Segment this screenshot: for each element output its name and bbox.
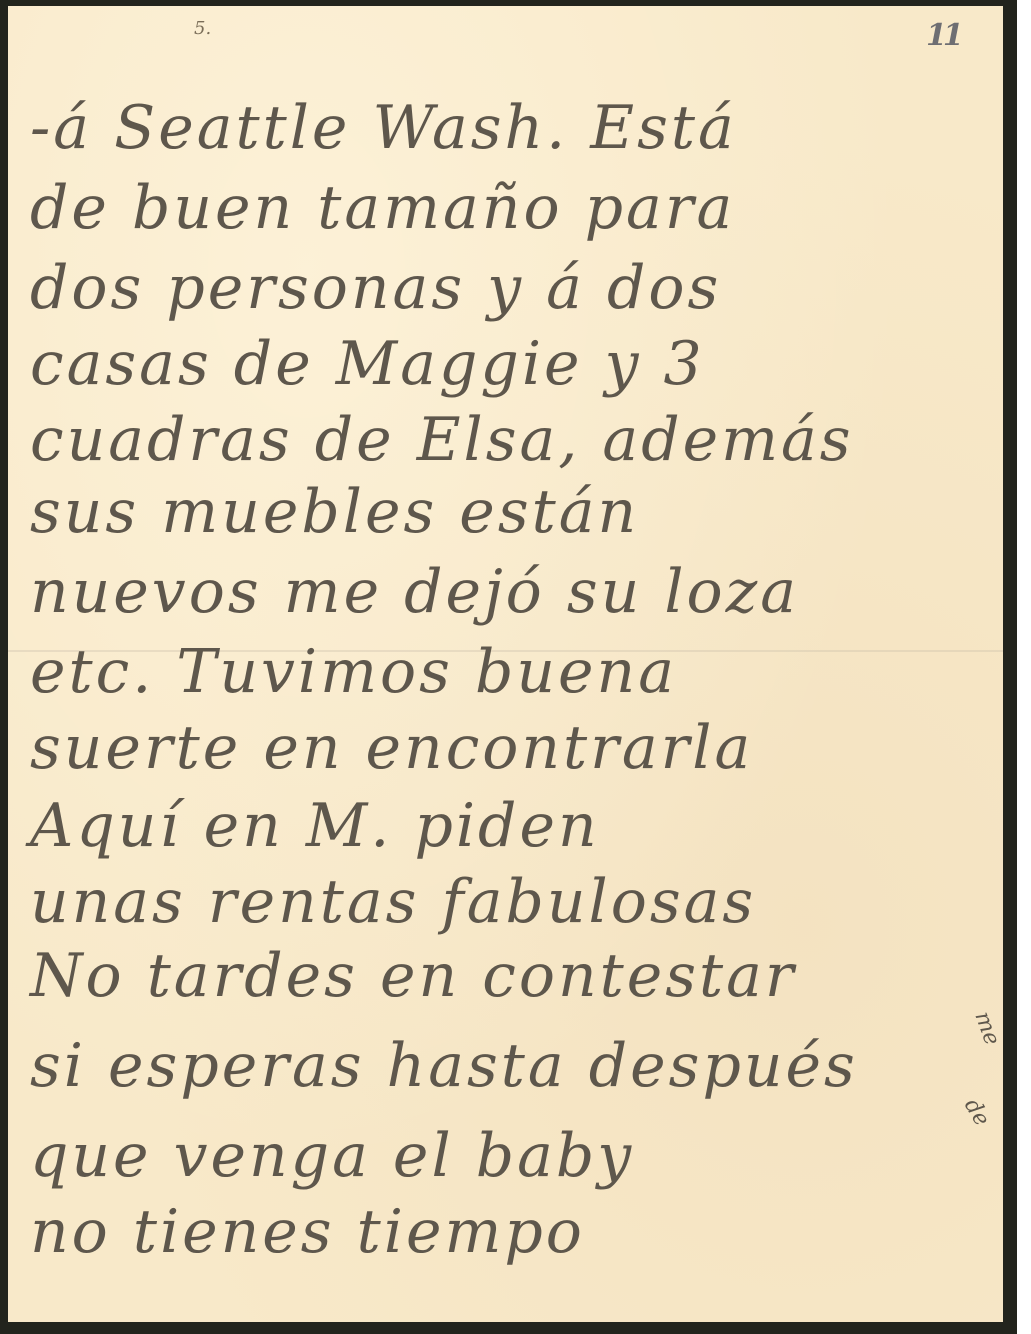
letter-line: dos personas y á dos <box>30 258 721 318</box>
letter-line: cuadras de Elsa, además <box>30 410 854 470</box>
letter-line: sus muebles están <box>30 482 639 542</box>
letter-paper: 5. 11 -á Seattle Wash. Está de buen tama… <box>8 6 1003 1322</box>
document-border: 5. 11 -á Seattle Wash. Está de buen tama… <box>0 0 1017 1334</box>
letter-line: suerte en encontrarla <box>30 718 753 778</box>
letter-line: unas rentas fabulosas <box>30 872 756 932</box>
margin-note: de <box>959 1095 994 1131</box>
letter-line: si esperas hasta después <box>30 1036 858 1096</box>
letter-line: etc. Tuvimos buena <box>30 642 677 702</box>
letter-line: no tienes tiempo <box>30 1202 585 1262</box>
letter-line: casas de Maggie y 3 <box>30 334 705 394</box>
margin-note: me <box>969 1008 1003 1048</box>
letter-line: Aquí en M. piden <box>30 796 600 856</box>
letter-line: No tardes en contestar <box>30 946 797 1006</box>
letter-line: que venga el baby <box>30 1126 634 1186</box>
page-mark: 11 <box>926 18 960 53</box>
letter-line: nuevos me dejó su loza <box>30 562 799 622</box>
letter-line: de buen tamaño para <box>30 178 735 238</box>
letter-line: -á Seattle Wash. Está <box>30 98 737 158</box>
page-number: 5. <box>194 18 211 39</box>
